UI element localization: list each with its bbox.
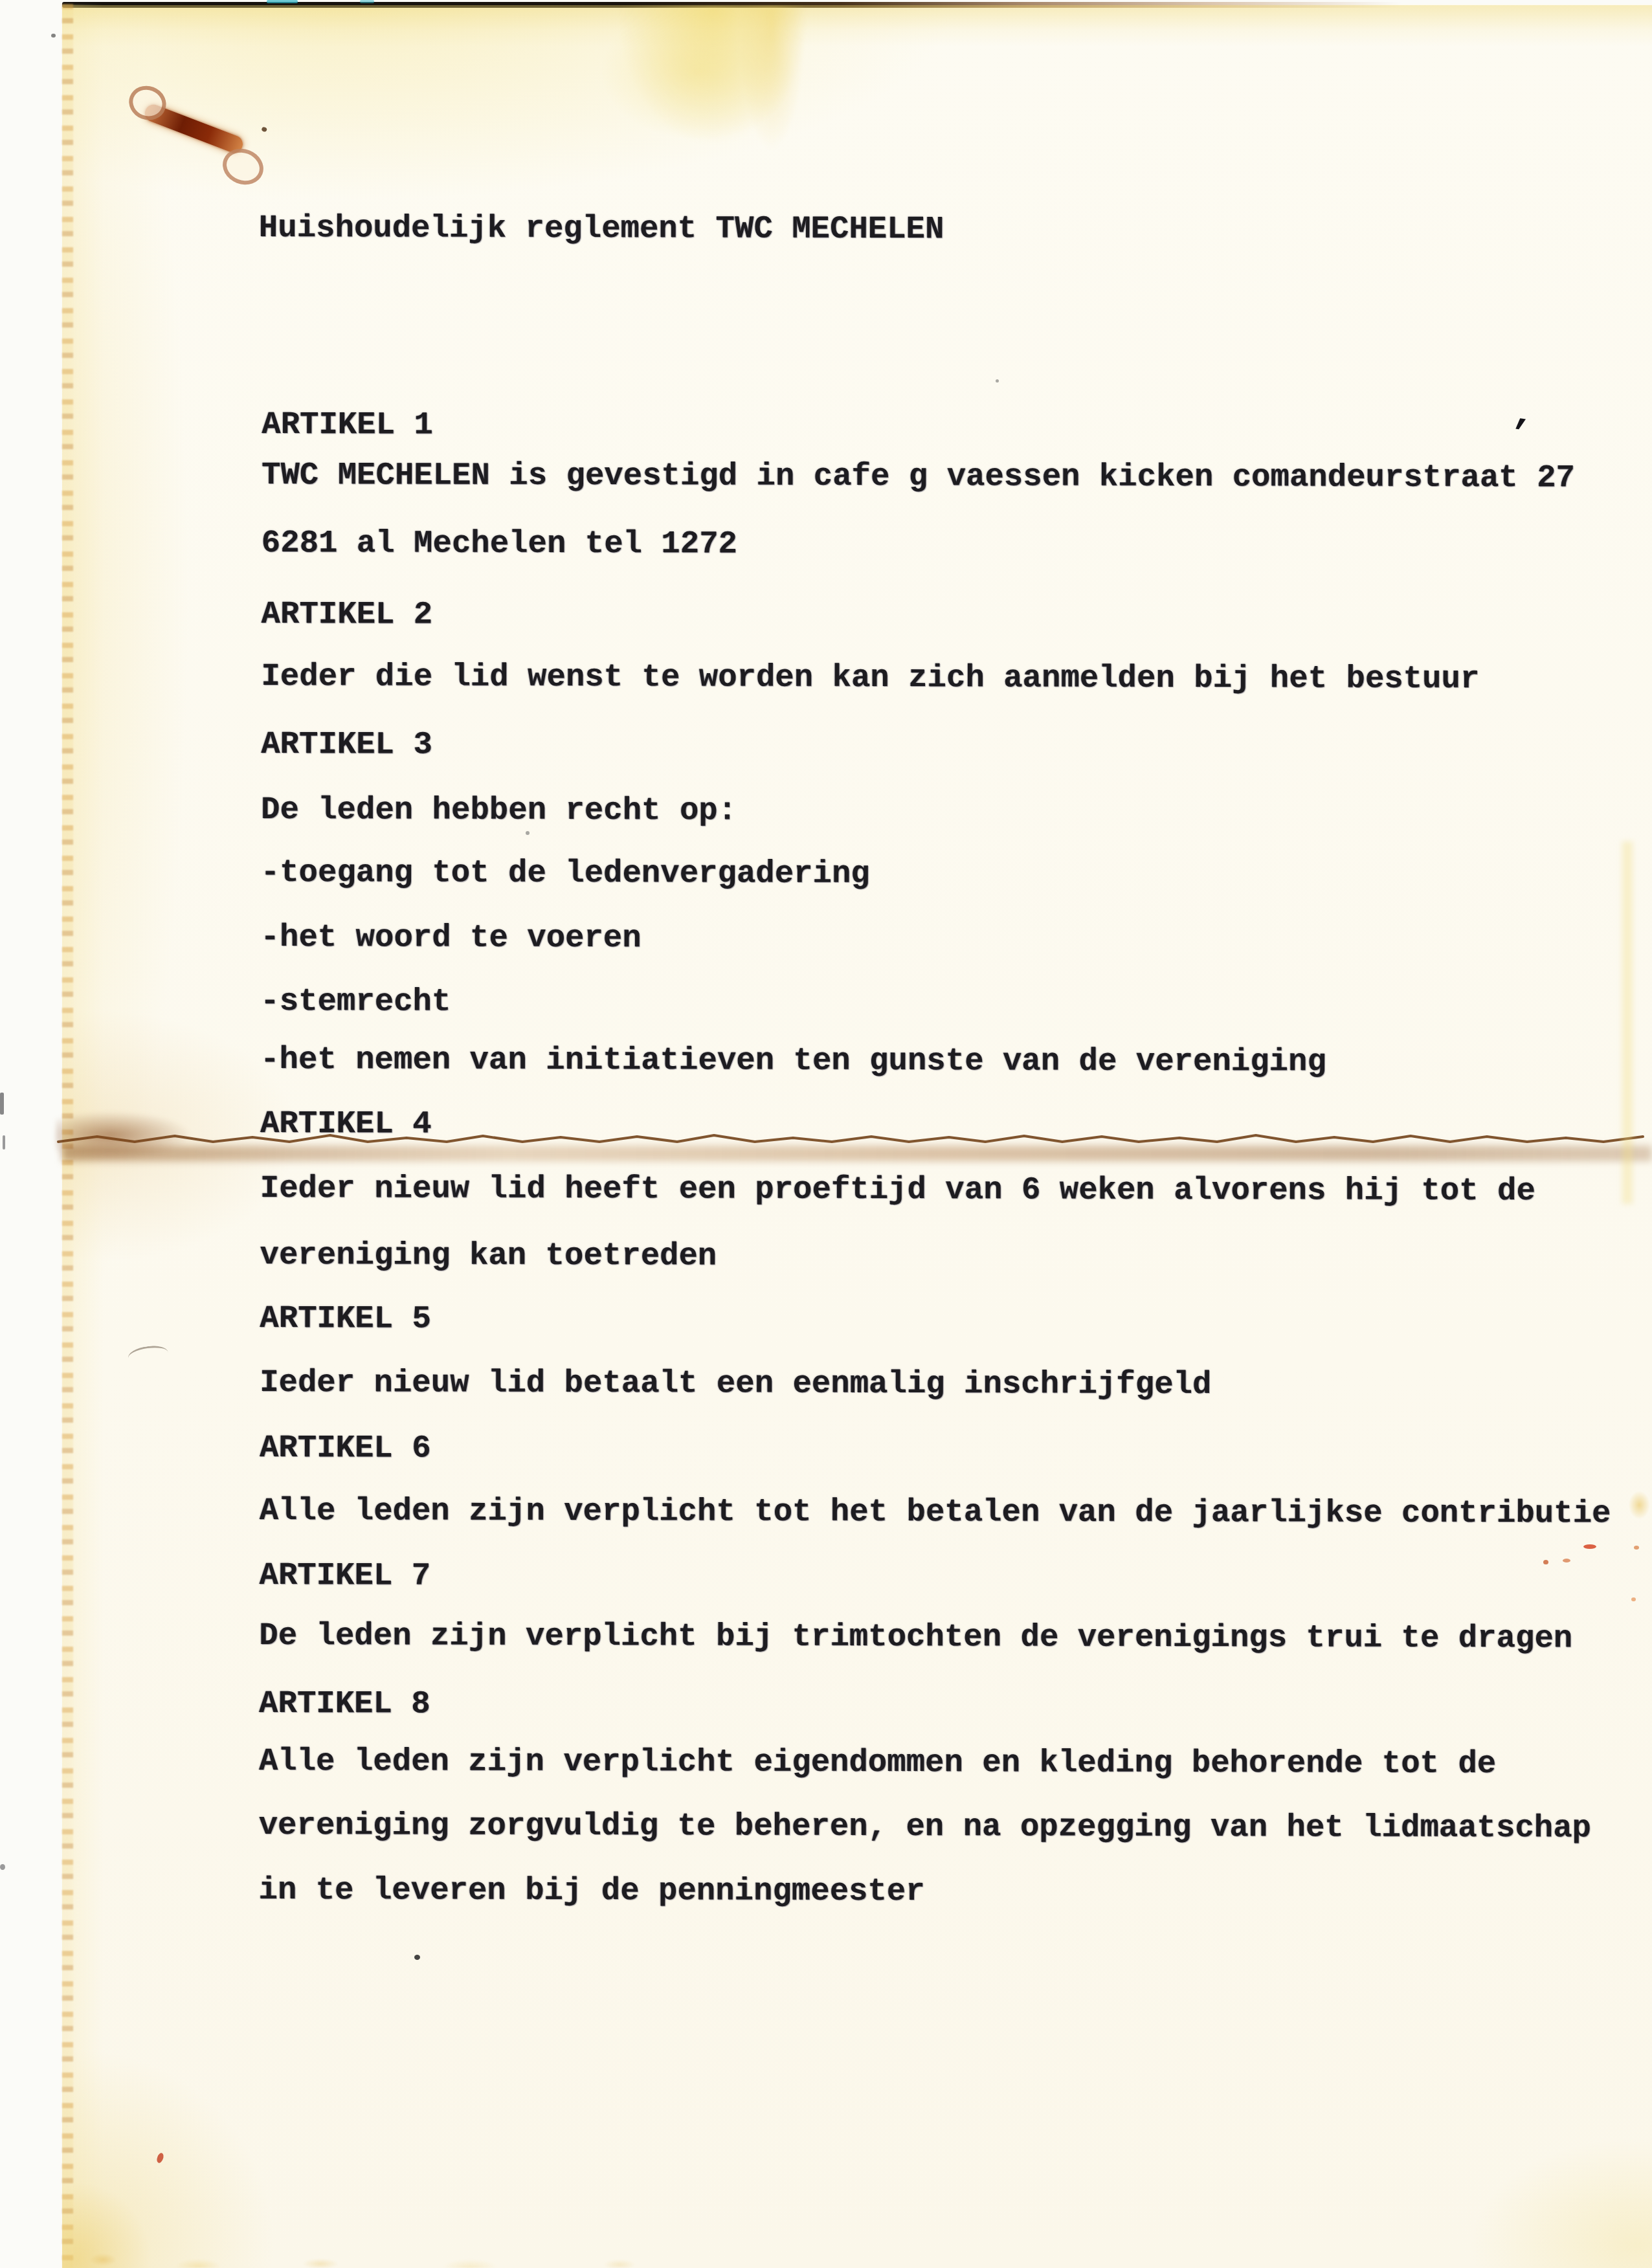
scanned-document: ’ Huishoudelijk reglement TWC MECHELEN A…: [0, 0, 1652, 2268]
artikel-4-line-2: vereniging kan toetreden: [260, 1240, 717, 1272]
typewritten-text: Huishoudelijk reglement TWC MECHELEN ART…: [0, 0, 1652, 2268]
artikel-4-line-1: Ieder nieuw lid heeft een proeftijd van …: [260, 1173, 1535, 1207]
artikel-3-line-1: De leden hebben recht op:: [261, 794, 737, 827]
artikel-7-line-1: De leden zijn verplicht bij trimtochten …: [259, 1620, 1572, 1654]
artikel-1-line-2: 6281 al Mechelen tel 1272: [262, 528, 737, 561]
artikel-5-heading: ARTIKEL 5: [260, 1303, 431, 1335]
artikel-2-heading: ARTIKEL 2: [262, 599, 433, 631]
artikel-3-bullet-1: -toegang tot de ledenvergadering: [261, 857, 870, 890]
document-title: Huishoudelijk reglement TWC MECHELEN: [259, 212, 944, 245]
artikel-4-heading: ARTIKEL 4: [260, 1108, 432, 1140]
artikel-2-line-1: Ieder die lid wenst te worden kan zich a…: [261, 661, 1479, 695]
artikel-3-heading: ARTIKEL 3: [261, 729, 432, 761]
artikel-3-bullet-3: -stemrecht: [260, 986, 451, 1018]
artikel-3-bullet-4: -het nemen van initiatieven ten gunste v…: [260, 1044, 1326, 1078]
artikel-8-line-2: vereniging zorgvuldig te beheren, en na …: [259, 1810, 1591, 1844]
artikel-7-heading: ARTIKEL 7: [259, 1560, 430, 1592]
artikel-3-bullet-2: -het woord te voeren: [261, 922, 642, 954]
artikel-8-heading: ARTIKEL 8: [259, 1688, 430, 1720]
artikel-6-heading: ARTIKEL 6: [260, 1432, 431, 1465]
artikel-1-heading: ARTIKEL 1: [262, 409, 433, 441]
artikel-8-line-3: in te leveren bij de penningmeester: [258, 1874, 924, 1907]
artikel-8-line-1: Alle leden zijn verplicht eigendommen en…: [259, 1746, 1496, 1780]
artikel-5-line-1: Ieder nieuw lid betaalt een eenmalig ins…: [260, 1367, 1211, 1401]
artikel-6-line-1: Alle leden zijn verplicht tot het betale…: [260, 1495, 1611, 1529]
artikel-1-line-1: TWC MECHELEN is gevestigd in cafe g vaes…: [262, 460, 1575, 494]
